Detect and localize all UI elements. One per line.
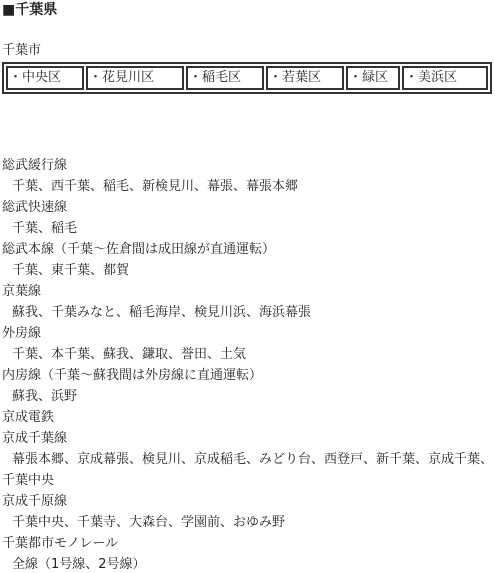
line-name: 総武緩行線 [2,155,492,176]
station-list: 千葉、東千葉、都賀 [2,260,492,281]
ward-cell-chuo: ・中央区 [6,66,84,90]
prefecture-heading: ■千葉県 [2,1,57,19]
station-list: 蘇我、千葉みなと、稲毛海岸、検見川浜、海浜幕張 [2,302,492,323]
line-name: 京葉線 [2,281,492,302]
railway-list: 総武緩行線 千葉、西千葉、稲毛、新検見川、幕張、幕張本郷 総武快速線 千葉、稲毛… [2,155,492,573]
company-name: 京成電鉄 [2,407,492,428]
station-list-continued: 千葉中央 [2,470,492,491]
line-name: 京成千葉線 [2,428,492,449]
city-heading: 千葉市 [2,42,41,60]
station-list: 千葉、西千葉、稲毛、新検見川、幕張、幕張本郷 [2,176,492,197]
station-list: 全線（1号線、2号線） [2,554,492,573]
ward-table: ・中央区 ・花見川区 ・稲毛区 ・若葉区 ・緑区 ・美浜区 [2,62,492,94]
station-list: 千葉中央、千葉寺、大森台、学園前、おゆみ野 [2,512,492,533]
ward-cell-hanamigawa: ・花見川区 [86,66,184,90]
station-list: 蘇我、浜野 [2,386,492,407]
line-name: 総武快速線 [2,197,492,218]
ward-cell-mihama: ・美浜区 [402,66,488,90]
line-name: 総武本線（千葉～佐倉間は成田線が直通運転） [2,239,492,260]
station-list: 幕張本郷、京成幕張、検見川、京成稲毛、みどり台、西登戸、新千葉、京成千葉、 [2,449,492,470]
ward-cell-midori: ・緑区 [346,66,400,90]
station-list: 千葉、本千葉、蘇我、鎌取、誉田、土気 [2,344,492,365]
ward-cell-wakaba: ・若葉区 [266,66,344,90]
station-list: 千葉、稲毛 [2,218,492,239]
line-name: 千葉都市モノレール [2,533,492,554]
line-name: 外房線 [2,323,492,344]
line-name: 内房線（千葉～蘇我間は外房線に直通運転） [2,365,492,386]
ward-cell-inage: ・稲毛区 [186,66,264,90]
line-name: 京成千原線 [2,491,492,512]
